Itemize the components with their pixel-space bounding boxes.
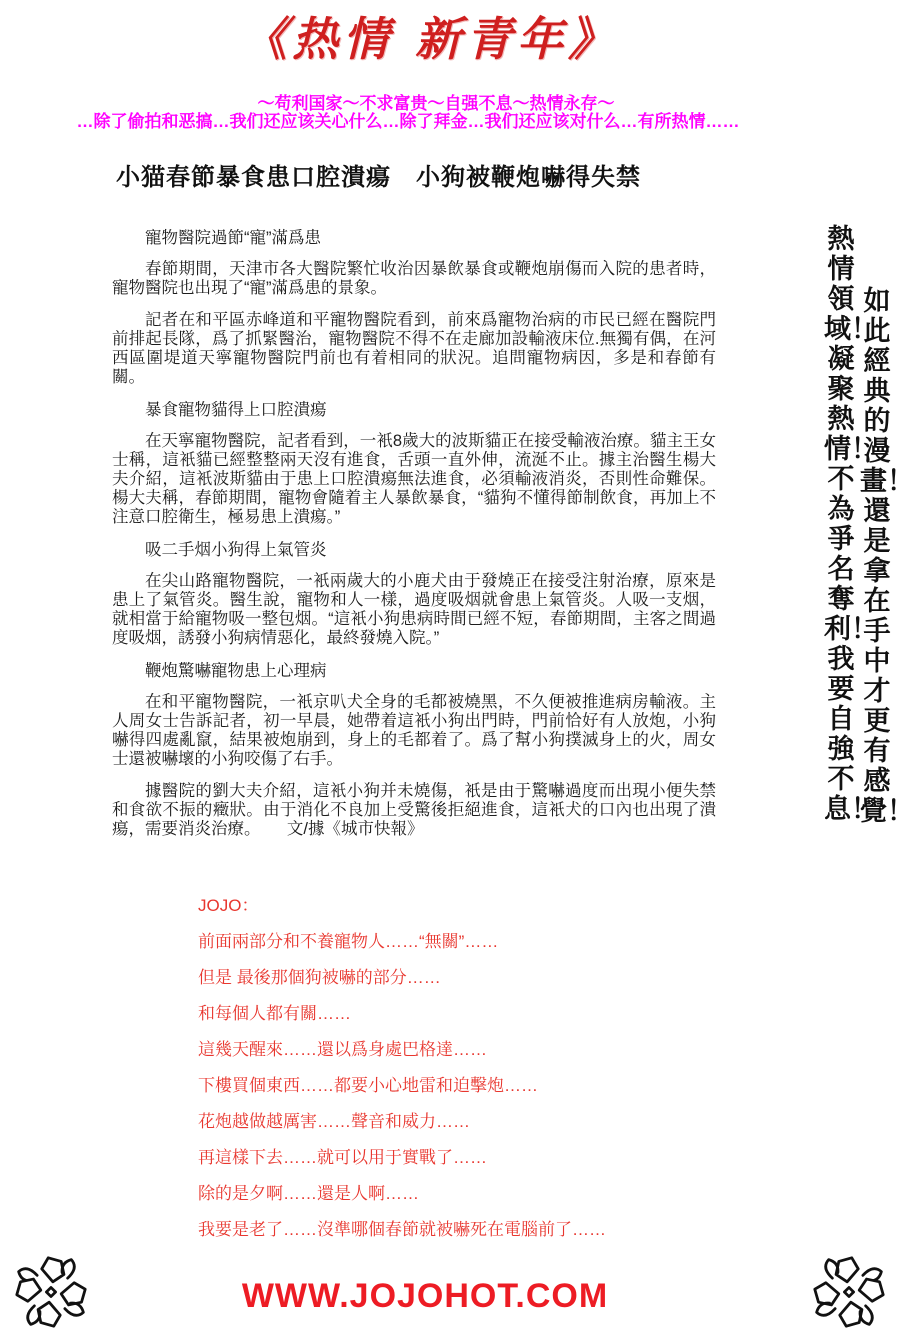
news-article: 小猫春節暴食患口腔潰瘍 小狗被鞭炮嚇得失禁 寵物醫院過節“寵”滿爲患 春節期間，… — [112, 163, 716, 852]
jojo-comment-line: 我要是老了……沒準哪個春節就被嚇死在電腦前了…… — [198, 1221, 606, 1238]
section-heading-2: 暴食寵物貓得上口腔潰瘍 — [112, 401, 716, 420]
jojo-label: JOJO： — [198, 897, 606, 914]
article-paragraph: 記者在和平區赤峰道和平寵物醫院看到，前來爲寵物治病的市民已經在醫院門前排起長隊，… — [112, 311, 716, 387]
jojo-comment-line: 前面兩部分和不養寵物人……“無關”…… — [198, 933, 606, 950]
section-heading-3: 吸二手烟小狗得上氣管炎 — [112, 541, 716, 560]
jojo-comment-line: 和每個人都有關…… — [198, 1005, 606, 1022]
jojo-comment-line: 下樓買個東西……都要小心地雷和迫擊炮…… — [198, 1077, 606, 1094]
newsletter-page: 《热情 新青年》 ～苟利国家～不求富贵～自强不息～热情永存～ …除了偷拍和恶搞…… — [0, 0, 900, 1336]
article-paragraph: 在和平寵物醫院，一衹京叭犬全身的毛都被燒黑，不久便被推進病房輸液。主人周女士告訴… — [112, 693, 716, 769]
section-heading-1: 寵物醫院過節“寵”滿爲患 — [112, 229, 716, 248]
article-paragraph: 在尖山路寵物醫院，一衹兩歲大的小鹿犬由于發燒正在接受注射治療，原來是患上了氣管炎… — [112, 572, 716, 648]
jojo-comment-line: 再這樣下去……就可以用于實戰了…… — [198, 1149, 606, 1166]
vertical-slogan-right-column: 如此經典的漫畫！還是拿在手中才更有感覺！ — [860, 224, 894, 826]
jojo-comment-line: 除的是夕啊……還是人啊…… — [198, 1185, 606, 1202]
page-title: 《热情 新青年》 — [0, 8, 860, 70]
article-paragraph: 據醫院的劉大夫介紹，這衹小狗并未燒傷，衹是由于驚嚇過度而出現小便失禁和食欲不振的… — [112, 782, 716, 839]
jojo-comment-line: 這幾天醒來……還以爲身處巴格達…… — [198, 1041, 606, 1058]
slogan-line-1: ～苟利国家～不求富贵～自强不息～热情永存～ — [0, 95, 872, 113]
article-paragraph: 在天寧寵物醫院，記者看到，一衹8歲大的波斯貓正在接受輸液治療。貓主王女士稱，這衹… — [112, 432, 716, 527]
vertical-slogan-banner: 熱情領域！凝聚熱情！不為爭名奪利！我要自強不息！ 如此經典的漫畫！還是拿在手中才… — [824, 224, 894, 826]
section-heading-4: 鞭炮驚嚇寵物患上心理病 — [112, 662, 716, 681]
jojo-comment-line: 但是 最後那個狗被嚇的部分…… — [198, 969, 606, 986]
jojo-comment-line: 花炮越做越厲害……聲音和威力…… — [198, 1113, 606, 1130]
jojo-commentary: JOJO： 前面兩部分和不養寵物人……“無關”…… 但是 最後那個狗被嚇的部分…… — [198, 897, 606, 1257]
slogan-line-2: …除了偷拍和恶搞…我们还应该关心什么…除了拜金…我们还应该对什么…有所热情…… — [0, 113, 816, 131]
article-paragraph: 春節期間，天津市各大醫院繁忙收治因暴飲暴食或鞭炮崩傷而入院的患者時，寵物醫院也出… — [112, 260, 716, 298]
pinwheel-ornament-icon — [812, 1252, 886, 1332]
article-byline: 文/據《城市快報》 — [287, 820, 424, 838]
website-url: WWW.JOJOHOT.COM — [0, 1278, 850, 1314]
article-headline: 小猫春節暴食患口腔潰瘍 小狗被鞭炮嚇得失禁 — [116, 163, 716, 193]
vertical-slogan-left-column: 熱情領域！凝聚熱情！不為爭名奪利！我要自強不息！ — [824, 224, 858, 826]
